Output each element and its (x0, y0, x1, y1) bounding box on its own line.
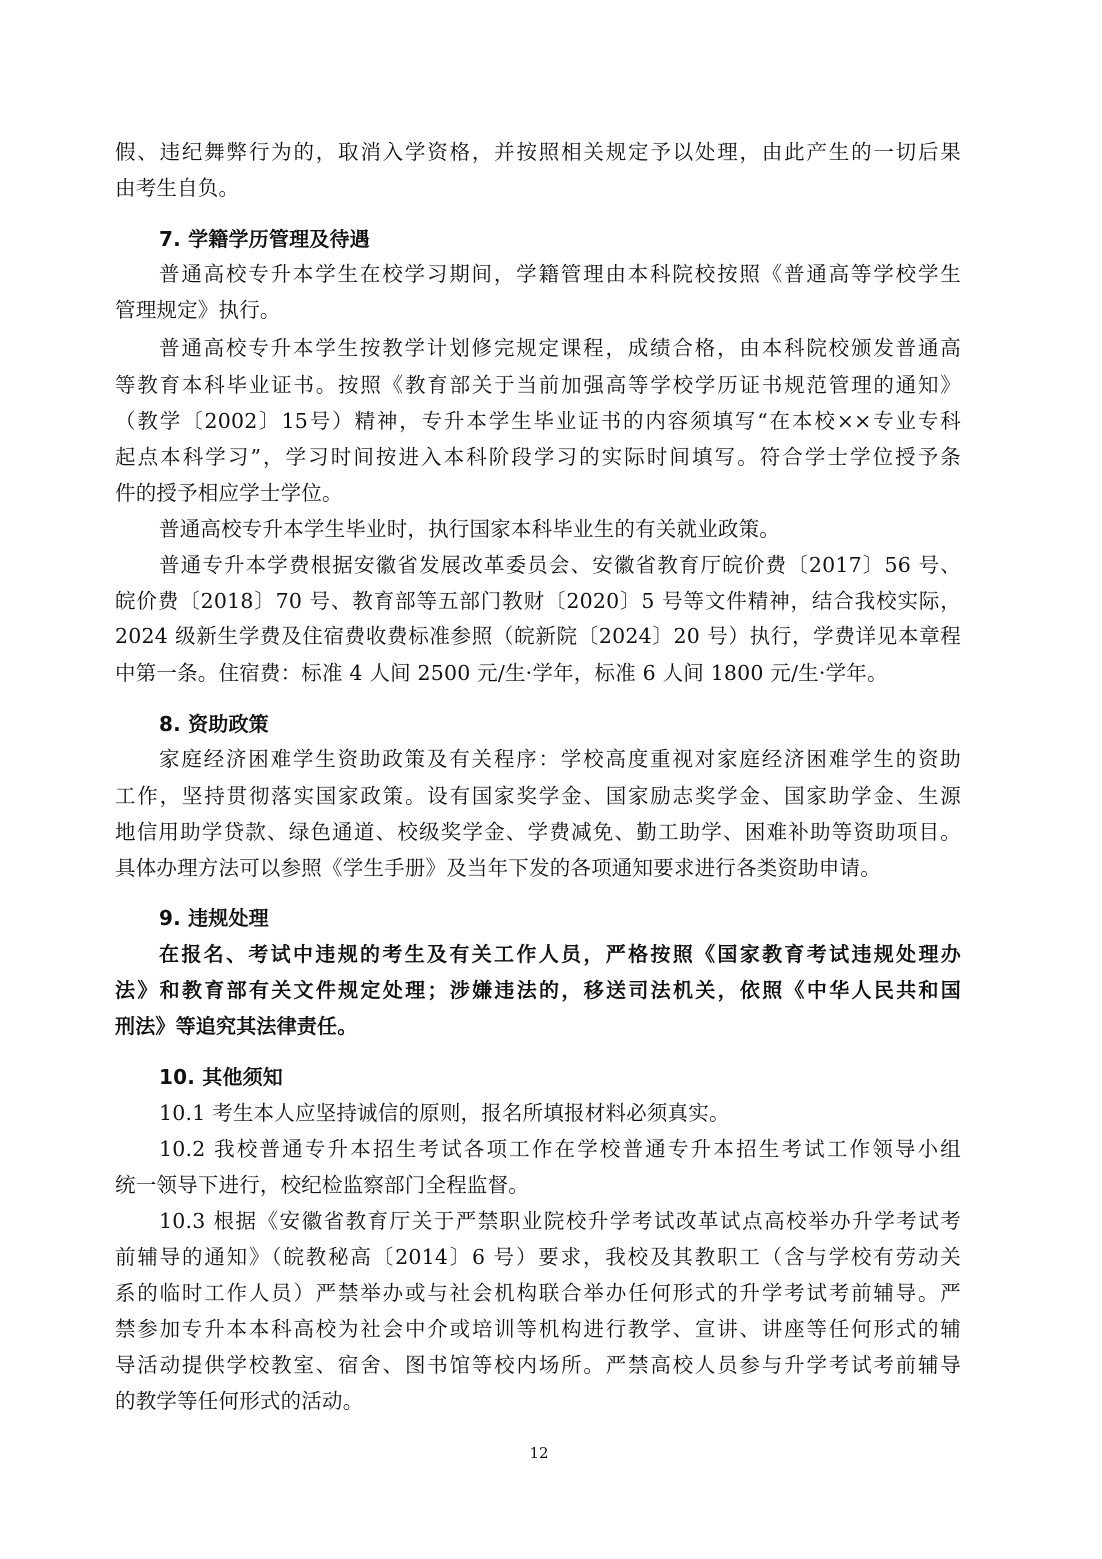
paragraph-line: 普通高校专升本学生在校学习期间，学籍管理由本科院校按照《普通高等学校学生 (159, 260, 961, 288)
bold-paragraph-line: 法》和教育部有关文件规定处理；涉嫌违法的，移送司法机关，依照《中华人民共和国 (115, 976, 961, 1004)
paragraph-line: 地信用助学贷款、绿色通道、校级奖学金、学费减免、勤工助学、困难补助等资助项目。 (115, 818, 961, 846)
paragraph-line: （教学〔2002〕15号）精神，专升本学生毕业证书的内容须填写“在本校××专业专… (115, 407, 961, 435)
paragraph-line: 起点本科学习”，学习时间按进入本科阶段学习的实际时间填写。符合学士学位授予条 (115, 443, 961, 471)
paragraph-line: 禁参加专升本本科高校为社会中介或培训等机构进行教学、宣讲、讲座等任何形式的辅 (115, 1315, 961, 1343)
paragraph-line: 2024 级新生学费及住宿费收费标准参照（皖新院〔2024〕20 号）执行，学费… (115, 622, 961, 650)
paragraph-line: 件的授予相应学士学位。 (115, 479, 961, 507)
bold-paragraph-line: 刑法》等追究其法律责任。 (115, 1012, 961, 1040)
paragraph-line: 10.1 考生本人应坚持诚信的原则，报名所填报材料必须真实。 (159, 1099, 961, 1127)
paragraph-line: 管理规定》执行。 (115, 296, 961, 324)
paragraph-line: 普通高校专升本学生按教学计划修完规定课程，成绩合格，由本科院校颁发普通高 (159, 334, 961, 362)
paragraph-line: 假、违纪舞弊行为的，取消入学资格，并按照相关规定予以处理，由此产生的一切后果 (115, 138, 961, 166)
paragraph-line: 10.2 我校普通专升本招生考试各项工作在学校普通专升本招生考试工作领导小组 (159, 1135, 961, 1163)
paragraph-line: 具体办理方法可以参照《学生手册》及当年下发的各项通知要求进行各类资助申请。 (115, 854, 961, 882)
paragraph-line: 前辅导的通知》（皖教秘高〔2014〕6 号）要求，我校及其教职工（含与学校有劳动… (115, 1243, 961, 1271)
paragraph-line: 统一领导下进行，校纪检监察部门全程监督。 (115, 1171, 961, 1199)
document-page: 假、违纪舞弊行为的，取消入学资格，并按照相关规定予以处理，由此产生的一切后果 由… (0, 0, 1102, 1559)
bold-paragraph-line: 在报名、考试中违规的考生及有关工作人员，严格按照《国家教育考试违规处理办 (159, 940, 961, 968)
paragraph-line: 普通高校专升本学生毕业时，执行国家本科毕业生的有关就业政策。 (159, 515, 961, 543)
paragraph-line: 由考生自负。 (115, 174, 961, 202)
paragraph-line: 普通专升本学费根据安徽省发展改革委员会、安徽省教育厅皖价费〔2017〕56 号、 (159, 551, 961, 579)
paragraph-line: 中第一条。住宿费：标准 4 人间 2500 元/生·学年，标准 6 人间 180… (115, 659, 961, 687)
section-heading-9: 9. 违规处理 (159, 904, 961, 932)
paragraph-line: 家庭经济困难学生资助政策及有关程序：学校高度重视对家庭经济困难学生的资助 (159, 745, 961, 773)
paragraph-line: 的教学等任何形式的活动。 (115, 1387, 961, 1415)
page-number: 12 (0, 1443, 1078, 1463)
paragraph-line: 系的临时工作人员）严禁举办或与社会机构联合举办任何形式的升学考试考前辅导。严 (115, 1279, 961, 1307)
paragraph-line: 等教育本科毕业证书。按照《教育部关于当前加强高等学校学历证书规范管理的通知》 (115, 371, 961, 399)
paragraph-line: 10.3 根据《安徽省教育厅关于严禁职业院校升学考试改革试点高校举办升学考试考 (159, 1207, 961, 1235)
paragraph-line: 工作，坚持贯彻落实国家政策。设有国家奖学金、国家励志奖学金、国家助学金、生源 (115, 782, 961, 810)
paragraph-line: 导活动提供学校教室、宿舍、图书馆等校内场所。严禁高校人员参与升学考试考前辅导 (115, 1351, 961, 1379)
paragraph-line: 皖价费〔2018〕70 号、教育部等五部门教财〔2020〕5 号等文件精神，结合… (115, 587, 961, 615)
section-heading-7: 7. 学籍学历管理及待遇 (159, 225, 961, 253)
section-heading-10: 10. 其他须知 (159, 1063, 961, 1091)
section-heading-8: 8. 资助政策 (159, 710, 961, 738)
